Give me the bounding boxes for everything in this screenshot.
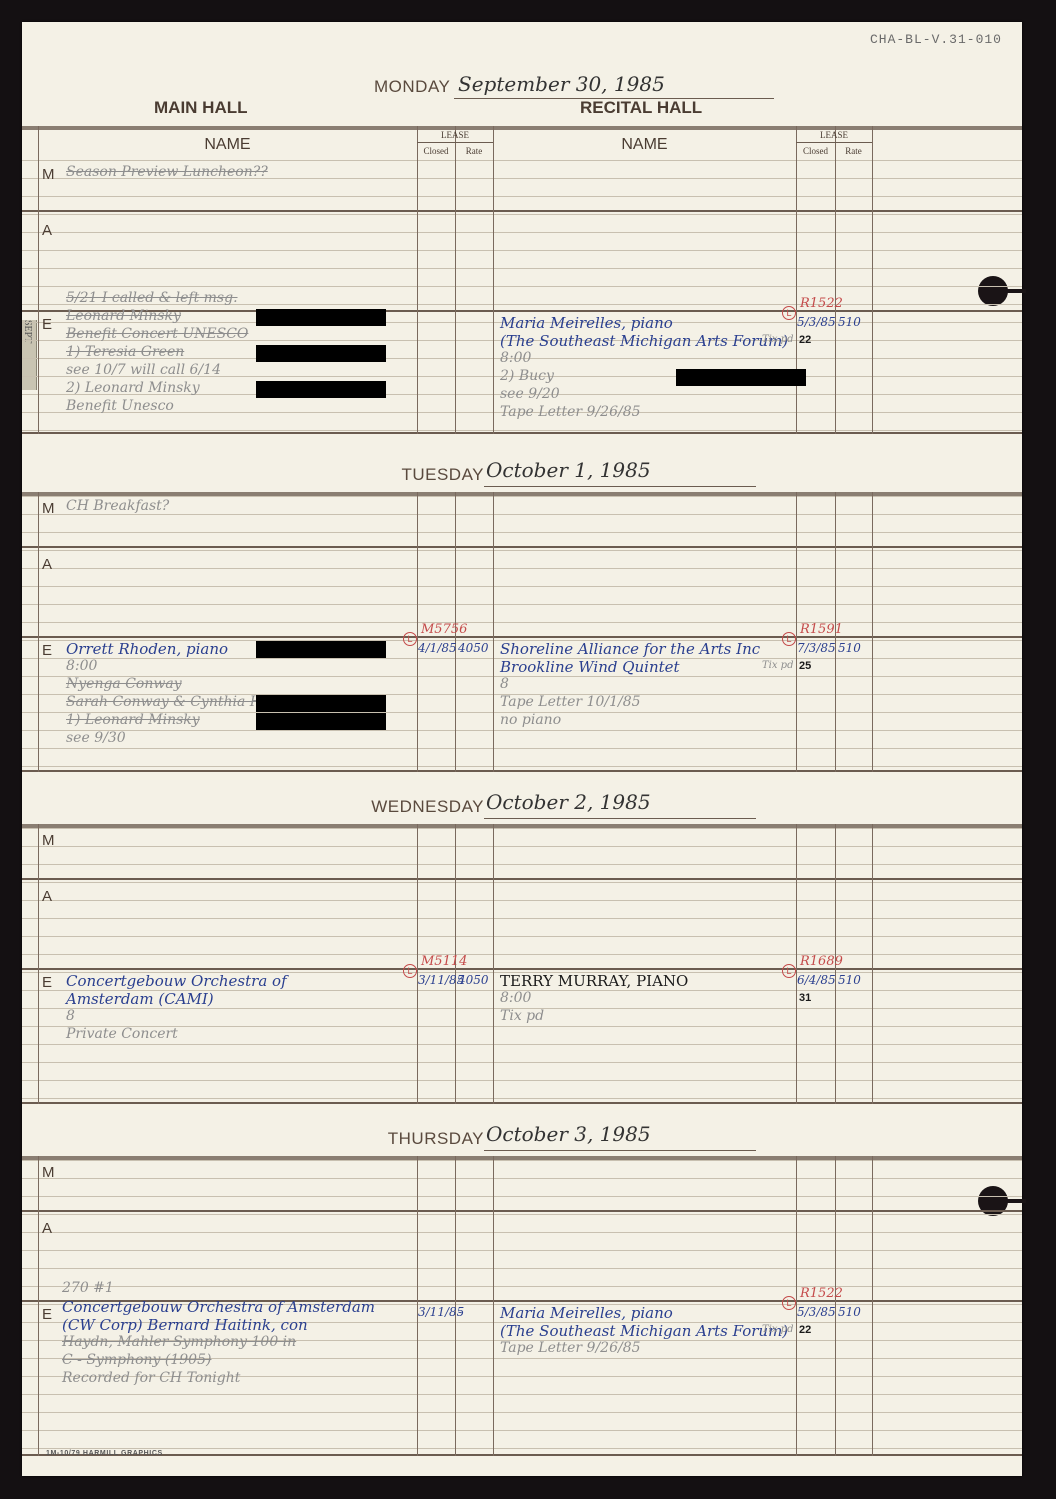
recital-hall-evening-entry[interactable]: Maria Meirelles, piano: [500, 1304, 673, 1322]
ledger-page: SEPT CHA-BL-V.31-010 MONDAY September 30…: [22, 22, 1022, 1476]
main-hall-evening-entry[interactable]: Benefit Concert UNESCO: [66, 326, 248, 342]
recital-hall-rate[interactable]: 510: [838, 315, 861, 329]
slot-evening: E: [42, 1306, 52, 1323]
day-name: TUESDAY: [401, 465, 484, 485]
day-name: MONDAY: [374, 77, 450, 97]
redaction-bar: [256, 309, 386, 326]
redaction-bar: [256, 713, 386, 730]
recital-hall-evening-entry[interactable]: Tape Letter 9/26/85: [500, 404, 641, 420]
recital-hall-evening-entry[interactable]: 8: [500, 676, 509, 692]
day-name: THURSDAY: [388, 1129, 484, 1149]
day-date: October 3, 1985: [486, 1122, 651, 1146]
main-hall-closed-date[interactable]: 4/1/85: [418, 641, 457, 655]
recital-hall-evening-entry[interactable]: 2) Bucy: [500, 368, 554, 384]
slot-afternoon: A: [42, 888, 52, 905]
recital-hall-evening-entry[interactable]: Maria Meirelles, piano: [500, 314, 673, 332]
main-hall-evening-entry[interactable]: Amsterdam (CAMI): [66, 990, 214, 1008]
recital-hall-evening-entry[interactable]: Shoreline Alliance for the Arts Inc: [500, 640, 760, 658]
recital-hall-ticket-note: 22: [799, 1324, 811, 1336]
recital-hall-closed-date[interactable]: 7/3/85: [797, 641, 836, 655]
main-hall-evening-entry[interactable]: Concertgebouw Orchestra of: [66, 972, 287, 990]
redaction-bar: [256, 641, 386, 658]
reference-code: CHA-BL-V.31-010: [870, 32, 1002, 47]
slot-afternoon: A: [42, 556, 52, 573]
recital-hall-tix-note: Tix pd: [762, 1324, 794, 1335]
main-name-header: NAME: [38, 136, 417, 154]
recital-hall-evening-entry[interactable]: (The Southeast Michigan Arts Forum): [500, 332, 788, 350]
slot-afternoon: A: [42, 1220, 52, 1237]
main-hall-contract-number: M5756: [421, 622, 467, 637]
recital-hall-closed-date[interactable]: 5/3/85: [797, 1305, 836, 1319]
recital-hall-heading: RECITAL HALL: [580, 98, 702, 118]
day-header: WEDNESDAY October 2, 1985: [22, 792, 1022, 822]
recital-hall-ticket-note: 25: [799, 660, 811, 672]
main-closed-header: Closed: [417, 146, 455, 156]
slot-evening: E: [42, 316, 52, 333]
day-date: October 1, 1985: [486, 458, 651, 482]
recital-hall-tix-note: Tix pd: [762, 660, 794, 671]
main-hall-evening-entry[interactable]: Orrett Rhoden, piano: [66, 640, 228, 658]
day-grid: MAE270 #1Concertgebouw Orchestra of Amst…: [22, 1156, 1022, 1456]
recital-hall-evening-entry[interactable]: no piano: [500, 712, 561, 728]
main-hall-evening-entry[interactable]: Haydn, Mahler Symphony 100 in: [62, 1334, 296, 1350]
recital-lease-header: LEASE: [796, 130, 872, 140]
redaction-bar: [256, 381, 386, 398]
main-hall-evening-entry[interactable]: Concertgebouw Orchestra of Amsterdam: [62, 1298, 375, 1316]
printer-footer: 1M-10/79 HARMILL GRAPHICS: [46, 1450, 163, 1457]
contract-circle-icon: L: [782, 964, 796, 978]
day-date: September 30, 1985: [458, 72, 665, 96]
recital-hall-evening-entry[interactable]: (The Southeast Michigan Arts Forum): [500, 1322, 788, 1340]
recital-hall-evening-entry[interactable]: 8:00: [500, 350, 531, 366]
day-header: TUESDAY October 1, 1985: [22, 460, 1022, 490]
recital-hall-evening-entry[interactable]: 8:00: [500, 990, 531, 1006]
main-hall-evening-entry[interactable]: 1) Teresia Green: [66, 344, 184, 360]
main-hall-rate[interactable]: -: [458, 1305, 462, 1319]
contract-circle-icon: L: [782, 1296, 796, 1310]
contract-circle-icon: L: [782, 306, 796, 320]
recital-hall-rate[interactable]: 510: [838, 973, 861, 987]
recital-hall-closed-date[interactable]: 5/3/85: [797, 315, 836, 329]
recital-hall-ticket-note: 22: [799, 334, 811, 346]
recital-hall-rate[interactable]: 510: [838, 641, 861, 655]
main-hall-evening-entry[interactable]: Private Concert: [66, 1026, 178, 1042]
main-hall-evening-entry[interactable]: C - Symphony (1905): [62, 1352, 211, 1368]
day-header: THURSDAY October 3, 1985: [22, 1124, 1022, 1154]
main-hall-evening-entry[interactable]: 5/21 I called & left msg.: [66, 290, 238, 306]
main-hall-evening-entry[interactable]: see 9/30: [66, 730, 126, 746]
main-hall-evening-entry[interactable]: 2) Leonard Minsky: [66, 380, 200, 396]
recital-closed-header: Closed: [796, 146, 835, 156]
slot-afternoon: A: [42, 222, 52, 239]
main-hall-rate[interactable]: 4050: [458, 973, 489, 987]
main-hall-evening-entry[interactable]: 1) Leonard Minsky: [66, 712, 200, 728]
main-hall-evening-entry[interactable]: see 10/7 will call 6/14: [66, 362, 221, 378]
recital-hall-evening-entry[interactable]: TERRY MURRAY, PIANO: [500, 972, 688, 990]
main-lease-header: LEASE: [417, 130, 493, 140]
redaction-bar: [256, 345, 386, 362]
main-hall-evening-entry[interactable]: Nyenga Conway: [66, 676, 182, 692]
main-hall-morning-entry[interactable]: Season Preview Luncheon??: [66, 164, 268, 180]
recital-hall-contract-number: R1591: [800, 622, 843, 637]
day-date: October 2, 1985: [486, 790, 651, 814]
slot-morning: M: [42, 832, 55, 849]
recital-name-header: NAME: [493, 136, 796, 154]
slot-morning: M: [42, 500, 55, 517]
main-hall-evening-entry[interactable]: 8:00: [66, 658, 97, 674]
day-grid: MAENAME LEASE Closed Rate NAME LEASE Clo…: [22, 126, 1022, 434]
recital-hall-evening-entry[interactable]: Tape Letter 9/26/85: [500, 1340, 641, 1356]
redaction-bar: [256, 695, 386, 712]
slot-evening: E: [42, 974, 52, 991]
main-hall-evening-entry[interactable]: Recorded for CH Tonight: [62, 1370, 240, 1386]
recital-hall-ticket-note: 31: [799, 992, 811, 1004]
main-rate-header: Rate: [455, 146, 493, 156]
main-hall-rate[interactable]: 4050: [458, 641, 489, 655]
main-hall-heading: MAIN HALL: [154, 98, 247, 118]
recital-hall-tix-note: Tix pd: [762, 334, 794, 345]
recital-hall-closed-date[interactable]: 6/4/85: [797, 973, 836, 987]
recital-hall-evening-entry[interactable]: see 9/20: [500, 386, 560, 402]
main-hall-morning-entry[interactable]: CH Breakfast?: [66, 498, 169, 514]
main-hall-evening-entry[interactable]: Leonard Minsky: [66, 308, 181, 324]
redaction-bar: [676, 369, 806, 386]
main-hall-evening-entry[interactable]: 8: [66, 1008, 75, 1024]
contract-circle-icon: L: [403, 964, 417, 978]
contract-circle-icon: L: [782, 632, 796, 646]
day-name: WEDNESDAY: [371, 797, 484, 817]
recital-hall-contract-number: R1522: [800, 296, 843, 311]
recital-rate-header: Rate: [835, 146, 872, 156]
recital-hall-rate[interactable]: 510: [838, 1305, 861, 1319]
recital-hall-contract-number: R1689: [800, 954, 843, 969]
main-hall-contract-number: M5114: [421, 954, 467, 969]
slot-morning: M: [42, 166, 55, 183]
recital-hall-evening-entry[interactable]: Tape Letter 10/1/85: [500, 694, 641, 710]
recital-hall-contract-number: R1522: [800, 1286, 843, 1301]
main-hall-evening-entry[interactable]: Benefit Unesco: [66, 398, 174, 414]
main-hall-evening-entry[interactable]: (CW Corp) Bernard Haitink, con: [62, 1316, 308, 1334]
main-hall-evening-entry[interactable]: 270 #1: [62, 1280, 114, 1296]
slot-evening: E: [42, 642, 52, 659]
slot-morning: M: [42, 1164, 55, 1181]
contract-circle-icon: L: [403, 632, 417, 646]
recital-hall-evening-entry[interactable]: Tix pd: [500, 1008, 544, 1024]
day-grid: MAECH Breakfast?Orrett Rhoden, piano8:00…: [22, 492, 1022, 772]
recital-hall-evening-entry[interactable]: Brookline Wind Quintet: [500, 658, 680, 676]
day-grid: MAEConcertgebouw Orchestra ofAmsterdam (…: [22, 824, 1022, 1104]
